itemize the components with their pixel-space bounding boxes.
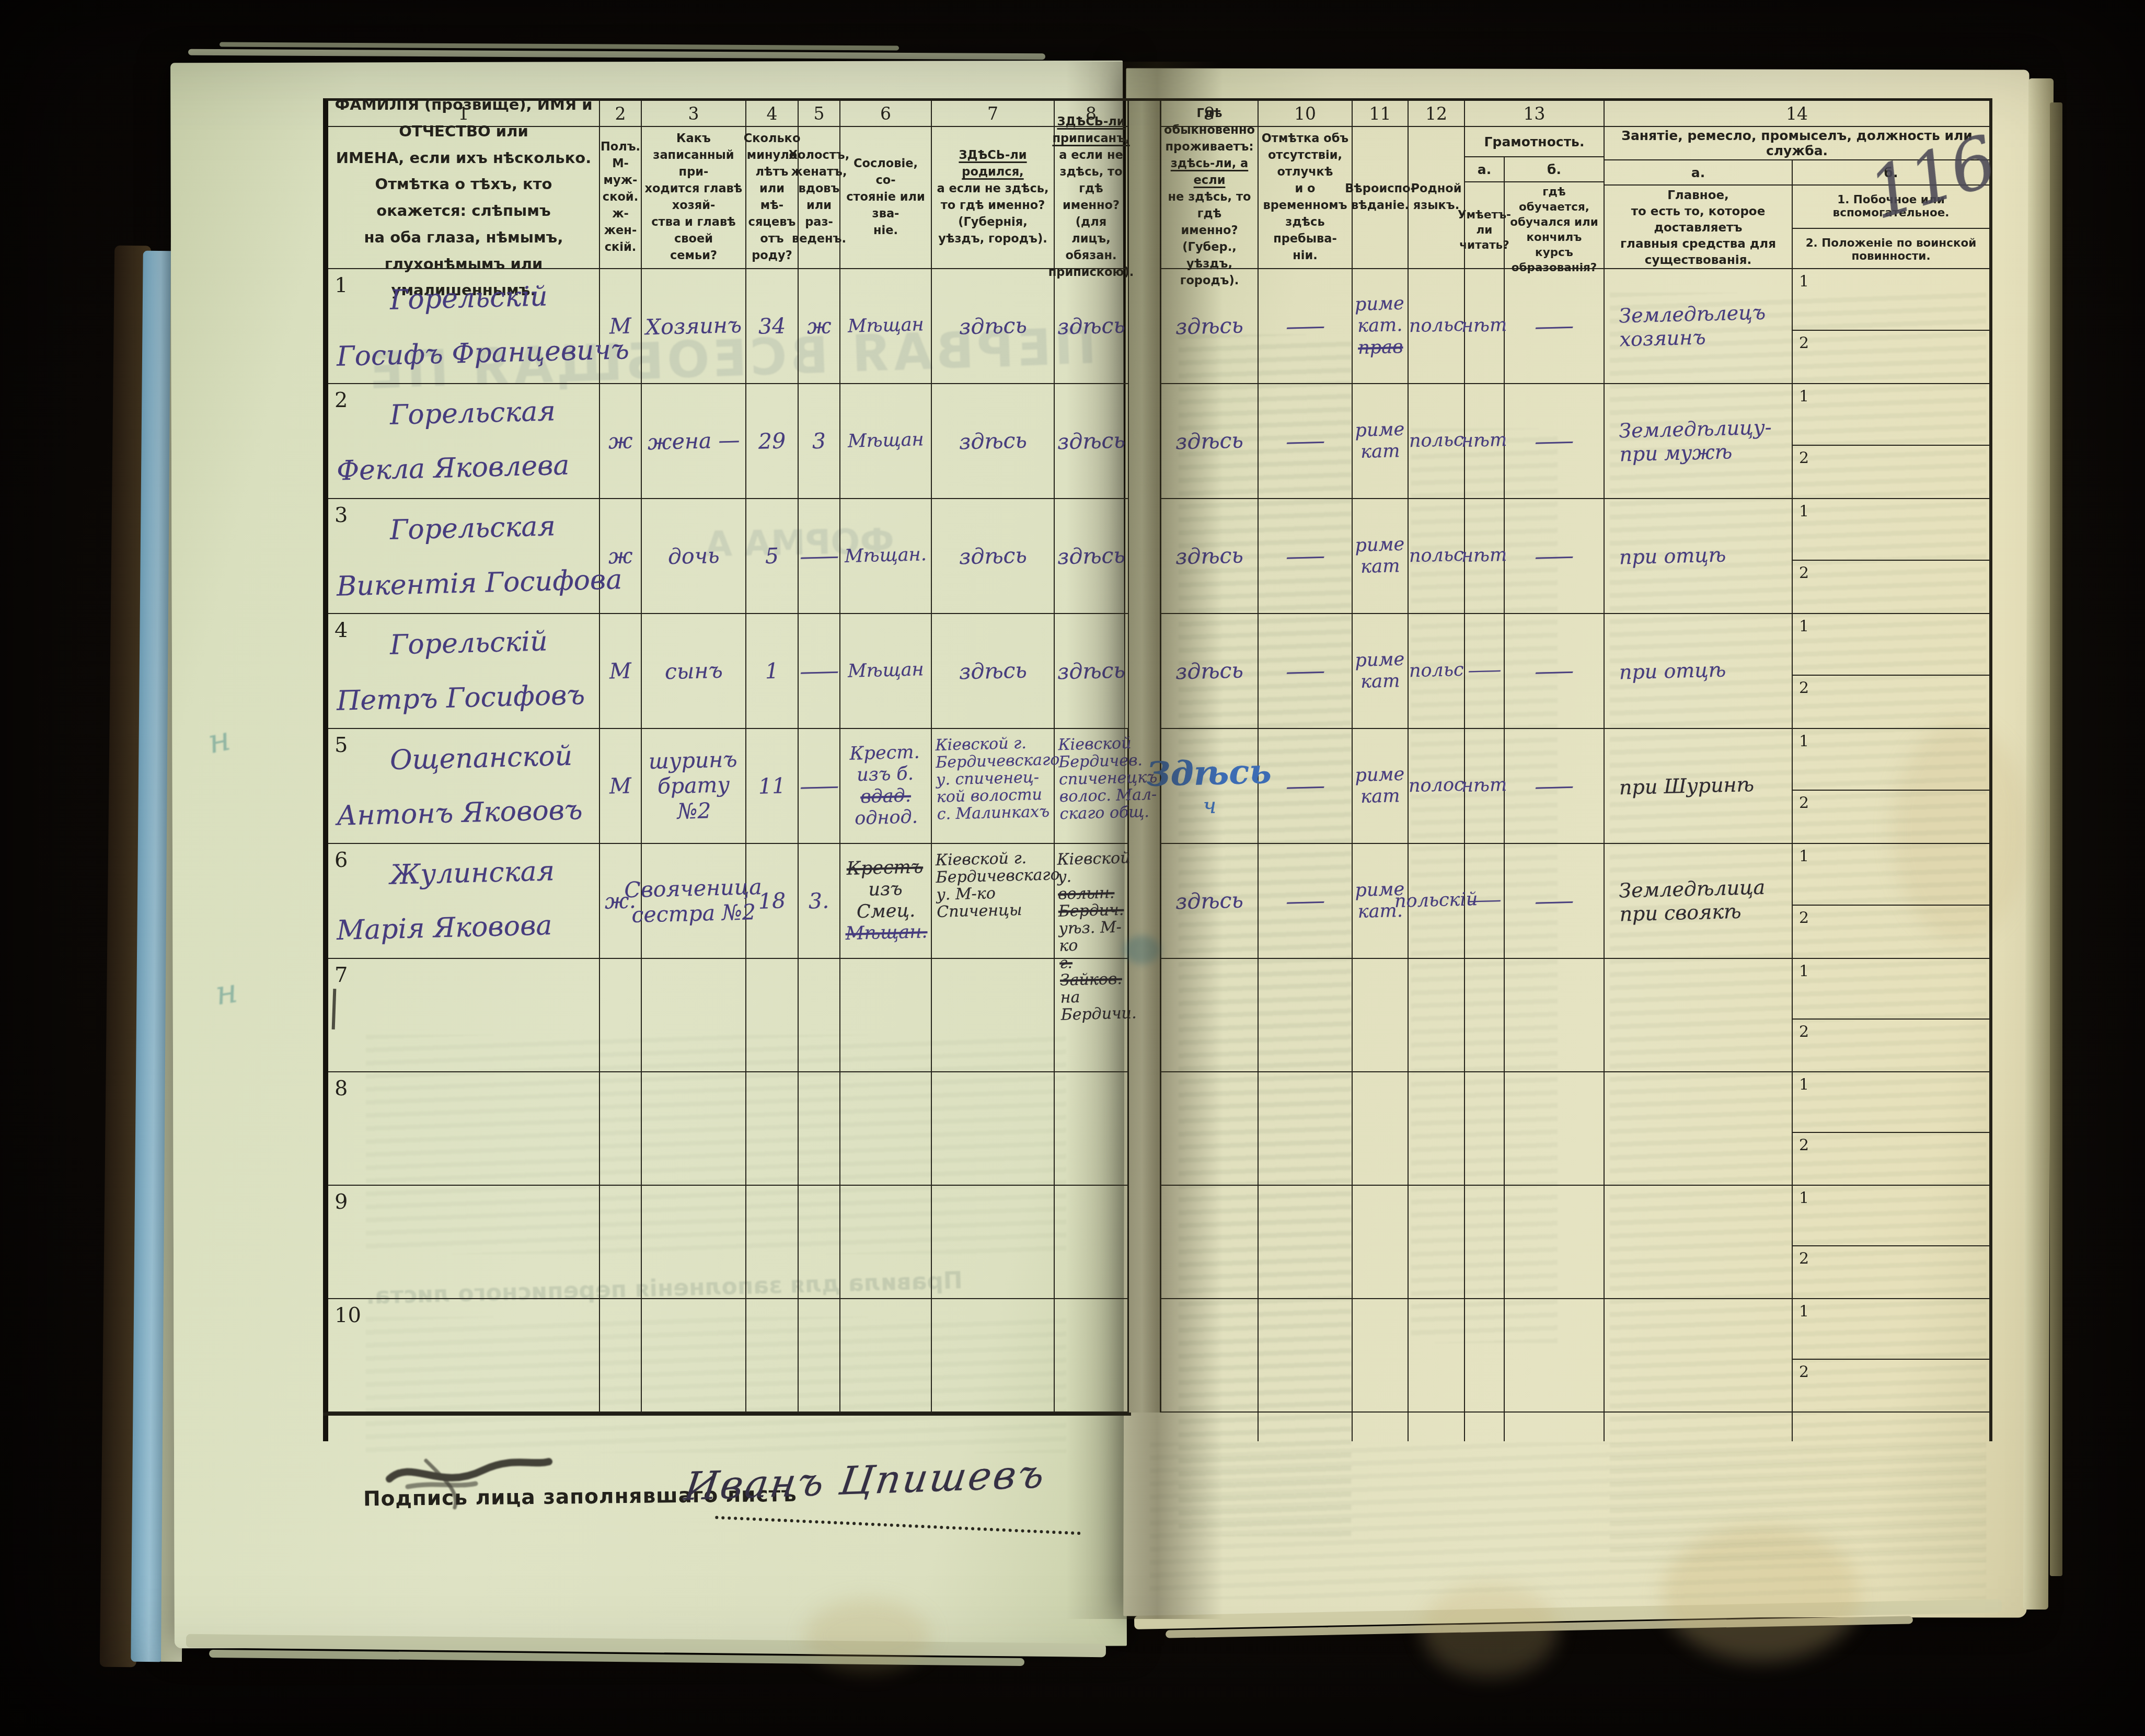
cell-row3-marital: — — [799, 499, 840, 614]
column-line-tail — [1793, 1413, 1990, 1441]
header-line: не здѣсь, то гдѣ — [1163, 189, 1255, 223]
handwriting-line: Спиченцы — [937, 900, 1061, 921]
handwriting-line: кат. — [1355, 315, 1405, 338]
handwriting-line: Фекла Яковлева — [336, 449, 570, 487]
header-line: стояніе или зва- — [843, 189, 929, 223]
header-line: проживаетъ: — [1166, 139, 1254, 156]
cell-row8-language — [1409, 1072, 1465, 1186]
cell-row5-registered: КіевскойБердичев.спиченецкъволос. Мал-ск… — [1055, 729, 1129, 844]
cell-row3-reads: нѣт — [1465, 499, 1505, 614]
cell-row6-estate: Крестъизъ Смец.Мѣщан. — [840, 844, 932, 959]
cell-row4-language: польс — [1409, 614, 1465, 729]
cell-row10-relation — [642, 1299, 746, 1413]
cell-row4-registered: здѣсь — [1055, 614, 1129, 729]
cell-row2-born: здѣсь — [932, 384, 1055, 499]
handwriting-line: здѣсь — [1175, 887, 1244, 915]
row-number: 1 — [335, 273, 348, 297]
cell-row10-estate — [840, 1299, 932, 1413]
printed-mark-2: 2 — [1799, 909, 1809, 927]
handwriting-line: здѣсь — [959, 313, 1027, 340]
cell-row10-registered — [1055, 1299, 1129, 1413]
header-line: Отмѣтка объ — [1262, 131, 1349, 147]
cell-row4-born: здѣсь — [932, 614, 1055, 729]
cell-row9-registered — [1055, 1186, 1129, 1299]
cell-row5-absence: — — [1259, 729, 1353, 844]
printed-mark-2: 2 — [1799, 449, 1809, 467]
handwriting-line: шуринъ — [641, 747, 745, 774]
handwriting-line: Крестъ — [839, 857, 930, 881]
column-number-3: 3 — [642, 101, 746, 127]
cell-row1-resides: здѣсь — [1161, 269, 1259, 384]
printed-mark-2: 2 — [1799, 794, 1809, 812]
cell-row2-resides: здѣсь — [1161, 384, 1259, 499]
cell-row7-estate — [840, 959, 932, 1072]
header-line: Какъ записанный при- — [644, 131, 743, 181]
handwriting-line: кат — [1355, 441, 1405, 464]
cell-row6-education: — — [1505, 844, 1605, 959]
cell-row9-reads — [1465, 1186, 1505, 1299]
handwriting-line: — — [808, 773, 830, 798]
handwriting-line: — — [1543, 543, 1565, 569]
handwriting-line: — — [808, 658, 830, 684]
printed-mark-1: 1 — [1799, 1189, 1809, 1207]
handwriting-line: здѣсь — [1057, 542, 1126, 570]
printed-mark-2: 2 — [1799, 679, 1809, 697]
cell-row1-born: здѣсь — [932, 269, 1055, 384]
page-stack-edge-top-2 — [220, 42, 899, 51]
header-col-6: Сословіе, со-стояніе или зва-ніе. — [840, 127, 932, 269]
column-number-11: 11 — [1353, 101, 1409, 127]
row-number: 10 — [335, 1303, 361, 1327]
header-line: здѣсь пребыва- — [1261, 214, 1350, 248]
handwriting-line: Горельскій — [389, 281, 548, 317]
handwriting-line: Горельская — [389, 511, 556, 547]
blue-ink-stain — [1124, 935, 1160, 964]
cell-row7-relation — [642, 959, 746, 1072]
handwriting-line: нѣт — [1461, 430, 1507, 452]
header-line: гдѣ обучается, — [1508, 184, 1600, 215]
handwriting-line: риме — [1355, 764, 1405, 787]
header-line: то гдѣ именно? — [941, 198, 1045, 214]
cell-row1-absence: — — [1259, 269, 1353, 384]
header-line: ходится главѣ хозяй- — [644, 181, 743, 214]
cell-row4-marital: — — [799, 614, 840, 729]
cell-row8-name: 8 — [328, 1072, 600, 1186]
header-line: Родной — [1411, 181, 1462, 198]
cell-row1-marital: ж — [799, 269, 840, 384]
header-col-13-literacy: Грамотность.а.Умѣетъ-личитать?б.гдѣ обуч… — [1465, 127, 1605, 269]
header-col-5: Холостъ,женатъ,вдовъили раз-веденъ. — [799, 127, 840, 269]
cell-row7-sex — [600, 959, 642, 1072]
handwriting-line: 11 — [758, 773, 786, 799]
cell-row4-name: 4ГорельскійПетръ Госифовъ — [328, 614, 600, 729]
cell-row4-age: 1 — [746, 614, 799, 729]
cell-row1-reads: нѣт — [1465, 269, 1505, 384]
header-line: скій. — [605, 239, 637, 256]
cell-row3-relation: дочь — [642, 499, 746, 614]
cell-row7-name: 7 — [328, 959, 600, 1072]
column-line-tail — [1259, 1413, 1353, 1441]
handwriting-line: Земледѣлецъ — [1619, 301, 1766, 328]
column-number-7: 7 — [932, 101, 1055, 127]
cell-row3-registered: здѣсь — [1055, 499, 1129, 614]
cell-row5-name: 5ОщепанскойАнтонъ Якововъ — [328, 729, 600, 844]
handwriting-line: 5 — [765, 543, 779, 569]
column-line-tail — [1505, 1413, 1605, 1441]
cell-row9-age — [746, 1186, 799, 1299]
cell-row2-religion: римекат — [1353, 384, 1409, 499]
cell-row9-name: 9 — [328, 1186, 600, 1299]
cell-row6-language: польскій — [1409, 844, 1465, 959]
cell-row6-resides: здѣсь — [1161, 844, 1259, 959]
page-stack-edge-right — [2023, 78, 2054, 1610]
handwriting-line: риме — [1355, 534, 1405, 557]
column-number-5: 5 — [799, 101, 840, 127]
column-number-10: 10 — [1259, 101, 1353, 127]
handwriting-line: Ощепанской — [389, 740, 573, 777]
header-line: гдѣ именно? — [1057, 181, 1125, 214]
header-line: сяцевъ — [748, 214, 796, 231]
handwriting-line: 1 — [765, 658, 779, 684]
header-line: Гдѣ обыкновенно — [1163, 106, 1255, 139]
cell-row7-registered — [1055, 959, 1129, 1072]
handwriting-line: при отцѣ — [1619, 543, 1726, 569]
header-line: Полъ. — [601, 139, 640, 156]
column-number-6: 6 — [840, 101, 932, 127]
cell-row3-resides: здѣсь — [1161, 499, 1259, 614]
header-line: ж-жен- — [602, 206, 639, 239]
cell-row5-language: полос — [1409, 729, 1465, 844]
handwriting-line: — — [1543, 888, 1565, 913]
cell-row9-marital — [799, 1186, 840, 1299]
header-line: языкъ. — [1413, 198, 1460, 214]
header-col-3: Какъ записанный при-ходится главѣ хозяй-… — [642, 127, 746, 269]
cell-row9-religion — [1353, 1186, 1409, 1299]
header-line: или мѣ- — [748, 181, 795, 214]
cell-row8-reads — [1465, 1072, 1505, 1186]
handwriting-line: при мужѣ — [1619, 439, 1772, 466]
cell-row8-resides — [1161, 1072, 1259, 1186]
cell-row6-relation: Свояченицасестра №2 — [642, 844, 746, 959]
cell-row8-occupation — [1605, 1072, 1793, 1186]
handwriting-line: Мѣщан — [847, 315, 924, 338]
cell-row7-language — [1409, 959, 1465, 1072]
handwriting-line: Свояченица — [624, 874, 762, 902]
header-line: ли — [1477, 223, 1493, 238]
handwriting-line: — — [1475, 890, 1494, 912]
handwriting-line: брату №2 — [641, 772, 746, 825]
cell-row7-religion — [1353, 959, 1409, 1072]
handwriting-line: 3 — [812, 429, 826, 454]
row-number: 3 — [335, 503, 348, 527]
handwriting-line: при Шуринѣ — [1619, 772, 1754, 799]
cell-row4-estate: Мѣщан — [840, 614, 932, 729]
handwriting-line: риме — [1355, 649, 1405, 672]
handwriting-line: польс — [1409, 315, 1464, 338]
handwriting-line: Жулинская — [389, 855, 555, 892]
cell-row6-age: 18 — [746, 844, 799, 959]
handwriting-line: Горельскій — [389, 626, 548, 662]
handwriting-line: вдад. — [850, 785, 921, 808]
header-line: ФАМИЛІЯ (прозвище), ИМЯ и ОТЧЕСТВО или — [330, 91, 597, 145]
printed-mark-2: 2 — [1799, 1136, 1809, 1154]
cell-row4-absence: — — [1259, 614, 1353, 729]
column-number-14: 14 — [1605, 101, 1990, 127]
header-line: Отмѣтка о тѣхъ, кто окажется: слѣпымъ — [330, 171, 597, 224]
handwriting-line: Мѣщан — [847, 430, 924, 453]
cell-row3-occupation-side: 12 — [1793, 499, 1990, 614]
header-line: ніи. — [1293, 248, 1318, 264]
printed-mark-2: 2 — [1799, 1249, 1809, 1268]
cell-row5-sex: М — [600, 729, 642, 844]
handwriting-line: нѣт — [1461, 545, 1507, 567]
cell-row2-occupation: Земледѣлицу-при мужѣ — [1605, 384, 1793, 499]
header-line: и о временномъ — [1261, 181, 1350, 214]
cell-row9-relation — [642, 1186, 746, 1299]
cell-row9-resides — [1161, 1186, 1259, 1299]
header-line: именно? — [1181, 223, 1238, 239]
handwriting-line: 18 — [758, 888, 786, 914]
row-number: 2 — [335, 388, 348, 412]
handwriting-line: Викентія Госифова — [336, 564, 622, 603]
cell-row2-sex: ж — [600, 384, 642, 499]
printed-mark-1: 1 — [1799, 1302, 1809, 1321]
handwriting-line: нѣт — [1461, 774, 1507, 797]
header-line: обучался или — [1510, 215, 1598, 230]
header-line: ЗДѢСЬ-ли приписанъ, — [1052, 114, 1129, 147]
cell-row8-registered — [1055, 1072, 1129, 1186]
handwriting-line: сынъ — [664, 657, 723, 684]
header-line: (Губернія, уѣздъ, городъ). — [934, 214, 1052, 248]
cell-row1-religion: римекат.прав — [1353, 269, 1409, 384]
printed-mark-1: 1 — [1799, 732, 1809, 750]
cell-row5-occupation: при Шуринѣ — [1605, 729, 1793, 844]
handwriting-line: — — [1294, 658, 1316, 684]
cell-row7-born — [932, 959, 1055, 1072]
handwriting-line: М — [609, 313, 631, 339]
row-number: 4 — [335, 618, 348, 642]
cell-row3-religion: римекат — [1353, 499, 1409, 614]
cell-row5-relation: шуринъбрату №2 — [642, 729, 746, 844]
cell-row2-age: 29 — [746, 384, 799, 499]
handwriting-line: риме — [1355, 419, 1405, 442]
handwriting-line: здѣсь — [1057, 657, 1126, 685]
cell-row10-sex — [600, 1299, 642, 1413]
handwriting-line: Антонъ Якововъ — [336, 794, 583, 832]
page-stack-edge-top — [188, 49, 1045, 60]
handwriting-line: ж — [608, 428, 633, 454]
header-line: лѣтъ — [756, 164, 789, 181]
handwriting-line: сестра №2 — [625, 899, 763, 928]
handwriting-line: — — [1475, 660, 1494, 682]
cell-row4-relation: сынъ — [642, 614, 746, 729]
handwriting-line: дочь — [667, 543, 720, 570]
handwriting-line: скаго общ. — [1059, 803, 1158, 823]
header-line: кончилъ курсъ — [1508, 230, 1600, 260]
header-col-10: Отмѣтка объотсутствіи, отлучкѣи о времен… — [1259, 127, 1353, 269]
cell-row7-education — [1505, 959, 1605, 1072]
handwriting-line: Петръ Госифовъ — [336, 679, 585, 717]
cell-row1-age: 34 — [746, 269, 799, 384]
cell-row9-born — [932, 1186, 1055, 1299]
printed-mark-1: 1 — [1799, 847, 1809, 865]
handwriting-line: польс — [1409, 659, 1464, 682]
cell-row7-occupation — [1605, 959, 1793, 1072]
cell-row5-occupation-side: 12 — [1793, 729, 1990, 844]
cell-row6-marital: 3. — [799, 844, 840, 959]
header-line: ИМЕНА, если ихъ нѣсколько. — [336, 145, 592, 171]
handwriting-line: Марія Яковова — [336, 910, 552, 947]
cell-row7-occupation-side: 12 — [1793, 959, 1990, 1072]
header-line: Сословіе, со- — [843, 156, 929, 189]
cell-row9-occupation-side: 12 — [1793, 1186, 1990, 1299]
cell-row1-language: польс — [1409, 269, 1465, 384]
cell-row2-absence: — — [1259, 384, 1353, 499]
handwriting-line: 3. — [809, 888, 829, 913]
handwriting-line: ч — [1147, 792, 1273, 820]
header-line: ЗДѢСЬ-ли родился, — [934, 147, 1052, 181]
handwriting-line: 34 — [758, 313, 786, 339]
handwriting-line: при отцѣ — [1619, 658, 1726, 684]
row-number: 5 — [335, 733, 348, 757]
cell-row1-occupation-side: 12 — [1793, 269, 1990, 384]
cell-row3-name: 3ГорельскаяВикентія Госифова — [328, 499, 600, 614]
handwriting-line: 29 — [758, 428, 786, 454]
header-col-12: Роднойязыкъ. — [1409, 127, 1465, 269]
cell-row7-age — [746, 959, 799, 1072]
cell-row6-absence: — — [1259, 844, 1353, 959]
cell-row10-name: 10 — [328, 1299, 600, 1413]
header-line: ніе. — [873, 223, 898, 239]
header-line: женатъ, — [791, 164, 847, 181]
header-line: (для лицъ, обязан. — [1057, 214, 1125, 264]
handwriting-line: — — [1294, 313, 1316, 339]
header-line: а если не здѣсь, — [937, 181, 1048, 198]
handwriting-line: здѣсь — [959, 427, 1027, 455]
handwriting-line: здѣсь — [1057, 313, 1126, 340]
header-line: Сколько — [744, 131, 801, 147]
handwriting-line: волын. Бердич. — [1058, 884, 1134, 920]
header-line: вдовъ — [799, 181, 840, 198]
handwriting-line: изъ Смец. — [840, 878, 931, 924]
header-line: веденъ. — [792, 231, 846, 248]
handwriting-line: Бердичевскаго — [936, 866, 1060, 886]
header-line: Умѣетъ- — [1458, 207, 1511, 223]
handwriting-line: Мѣщан. — [845, 544, 927, 568]
cell-row3-age: 5 — [746, 499, 799, 614]
census-book-spread: ПЕРВАЯ ВСЕОБЩАЯ ПЕ ФОРМА А Правила для з… — [0, 0, 2145, 1736]
cell-row4-reads: — — [1465, 614, 1505, 729]
cell-row8-relation — [642, 1072, 746, 1186]
column-number-2: 2 — [600, 101, 642, 127]
cell-row1-occupation: Земледѣлецъхозяинъ — [1605, 269, 1793, 384]
handwriting-line: здѣсь — [1175, 657, 1244, 685]
header-line: 2. Положеніе по воинской повинности. — [1793, 229, 1989, 271]
cell-row2-estate: Мѣщан — [840, 384, 932, 499]
cell-row7-marital — [799, 959, 840, 1072]
cell-row10-reads — [1465, 1299, 1505, 1413]
header-col-7: ЗДѢСЬ-ли родился,а если не здѣсь,то гдѣ … — [932, 127, 1055, 269]
cell-row1-estate: Мѣщан — [840, 269, 932, 384]
cell-row3-born: здѣсь — [932, 499, 1055, 614]
cell-row5-age: 11 — [746, 729, 799, 844]
handwriting-line: кат — [1355, 555, 1405, 578]
handwriting-line: Земледѣлица — [1619, 876, 1766, 903]
cell-row1-education: — — [1505, 269, 1605, 384]
header-line: вѣданіе. — [1351, 198, 1409, 214]
handwriting-line: М — [609, 773, 631, 798]
printed-mark-1: 1 — [1799, 272, 1809, 291]
header-col-9: Гдѣ обыкновеннопроживаетъ:здѣсь-ли, а ес… — [1161, 127, 1259, 269]
printed-mark-1: 1 — [1799, 502, 1809, 520]
cell-row9-estate — [840, 1186, 932, 1299]
header-line: ской. — [603, 189, 638, 206]
cell-row10-occupation-side: 12 — [1793, 1299, 1990, 1413]
handwriting-line: здѣсь — [1057, 427, 1126, 455]
cell-row6-born: Кіевской г.Бердичевскагоу. М-коСпиченцы — [932, 844, 1055, 959]
printed-mark-1: 1 — [1799, 1075, 1809, 1094]
cell-row9-sex — [600, 1186, 642, 1299]
cell-row10-resides — [1161, 1299, 1259, 1413]
cell-row8-religion — [1353, 1072, 1409, 1186]
handwriting-line: прав — [1356, 336, 1406, 359]
cell-row8-education — [1505, 1072, 1605, 1186]
handwriting-line: М — [609, 658, 631, 684]
cell-row2-reads: нѣт — [1465, 384, 1505, 499]
cell-row10-born — [932, 1299, 1055, 1413]
column-number-12: 12 — [1409, 101, 1465, 127]
header-col-1: ФАМИЛІЯ (прозвище), ИМЯ и ОТЧЕСТВО илиИМ… — [328, 127, 600, 269]
cell-row2-occupation-side: 12 — [1793, 384, 1990, 499]
handwriting-line: здѣсь — [1175, 313, 1244, 340]
cell-row7-reads — [1465, 959, 1505, 1072]
cell-row10-age — [746, 1299, 799, 1413]
cell-row5-marital: — — [799, 729, 840, 844]
column-line-tail — [1465, 1413, 1505, 1441]
handwriting-line: однод. — [851, 807, 921, 830]
handwriting-line: с. Малинкахъ — [937, 803, 1061, 823]
handwriting-line: Мѣщан. — [841, 921, 932, 945]
handwriting-line: Земледѣлицу- — [1619, 416, 1772, 443]
header-col-2: Полъ.М-муж-ской.ж-жен-скій. — [600, 127, 642, 269]
handwriting-line: Крест. — [849, 742, 920, 766]
header-line: главныя средства для существованія. — [1608, 236, 1789, 269]
handwriting-line: здѣсь — [959, 542, 1027, 570]
header-line: ства и главѣ своей — [644, 214, 743, 248]
cell-row9-occupation — [1605, 1186, 1793, 1299]
printed-mark-1: 1 — [1799, 962, 1809, 980]
handwriting-line: Хозяинъ — [645, 313, 742, 340]
cell-row9-language — [1409, 1186, 1465, 1299]
cell-row7-resides — [1161, 959, 1259, 1072]
cell-row3-sex: ж — [600, 499, 642, 614]
handwriting-line: Горельская — [389, 396, 556, 432]
cell-row5-reads: нѣт — [1465, 729, 1505, 844]
handwriting-line: хозяинъ — [1619, 325, 1767, 352]
column-line-tail — [1353, 1413, 1409, 1441]
handwriting-line: полос — [1408, 774, 1464, 797]
printed-mark-1: 1 — [1799, 617, 1809, 635]
header-col-8: ЗДѢСЬ-ли приписанъ,а если не здѣсь, тогд… — [1055, 127, 1129, 269]
handwriting-line: — — [1294, 543, 1316, 569]
cell-row9-education — [1505, 1186, 1605, 1299]
header-line: М-муж- — [602, 156, 639, 189]
cell-row4-occupation-side: 12 — [1793, 614, 1990, 729]
cell-row5-religion: римекат — [1353, 729, 1409, 844]
handwriting-line: — — [1294, 428, 1316, 454]
cell-row5-resides: Здѣсьч — [1161, 729, 1259, 844]
handwriting-line: — — [808, 543, 830, 569]
